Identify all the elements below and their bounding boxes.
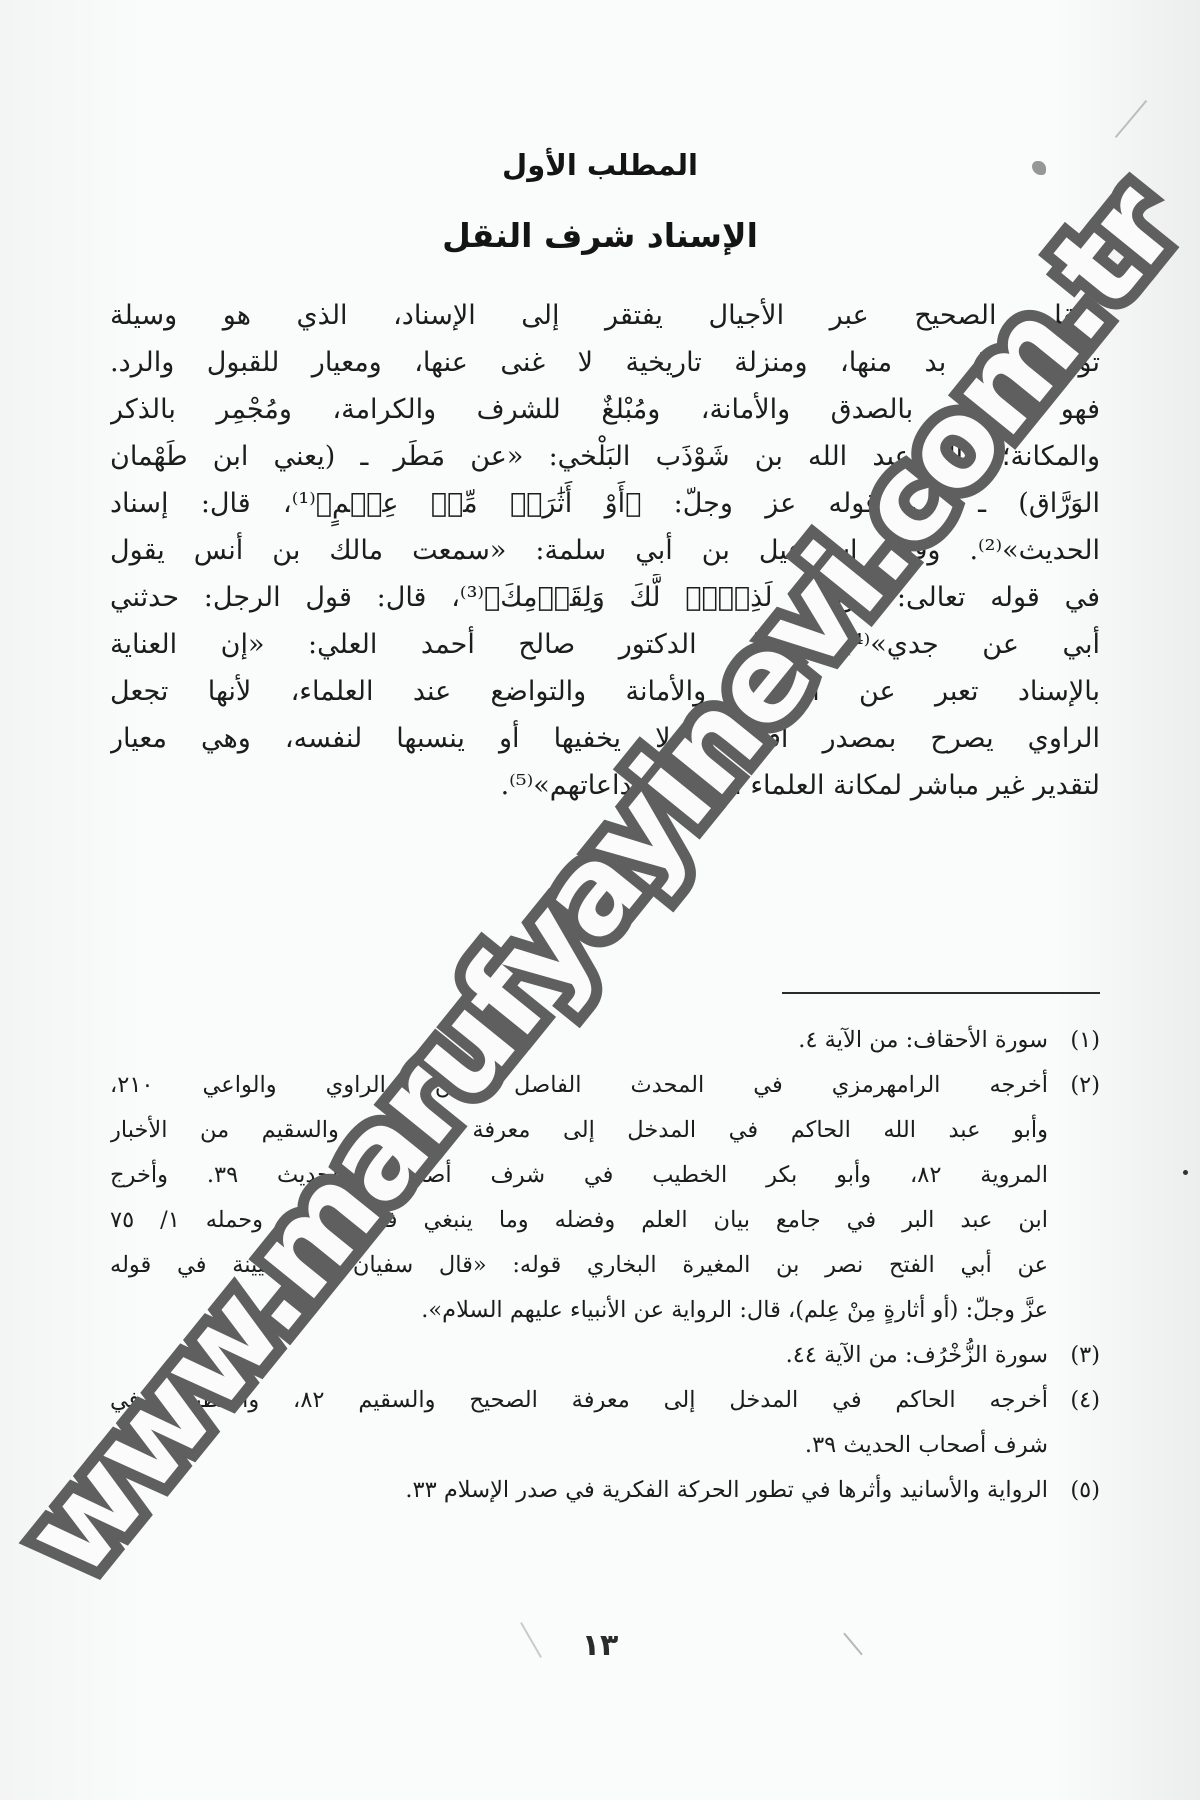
footnote-number: (٥) xyxy=(1048,1468,1100,1513)
body-line: الراوي يصرح بمصدر أفكاره ولا يخفيها أو ي… xyxy=(110,715,1100,762)
body-line: أبي عن جدي»⁽⁴⁾. وقال الدكتور صالح أحمد ا… xyxy=(110,621,1100,668)
body-line: بالإسناد تعبر عن الصدق والأمانة والتواضع… xyxy=(110,668,1100,715)
footnote-1: (١) سورة الأحقاف: من الآية ٤. xyxy=(110,1018,1100,1063)
page-number: ١٣ xyxy=(0,1628,1200,1663)
body-line: النقل الصحيح عبر الأجيال يفتقر إلى الإسن… xyxy=(110,292,1100,339)
scan-scratch-mark xyxy=(1115,100,1147,138)
footnote-line: الرواية والأسانيد وأثرها في تطور الحركة … xyxy=(110,1468,1048,1513)
footnote-number: (٣) xyxy=(1048,1333,1100,1378)
footnote-separator xyxy=(782,992,1100,994)
section-subtitle: الإسناد شرف النقل xyxy=(0,216,1200,255)
book-page: المطلب الأول الإسناد شرف النقل النقل الص… xyxy=(0,0,1200,1800)
footnote-number: (٤) xyxy=(1048,1378,1100,1468)
footnote-line: وأبو عبد الله الحاكم في المدخل إلى معرفة… xyxy=(110,1108,1048,1153)
body-line: في قوله تعالى: ﴿وَإِنَّهُۥ لَذِكۡرٞ لَّك… xyxy=(110,574,1100,621)
footnote-line: شرف أصحاب الحديث ٣٩. xyxy=(110,1423,1048,1468)
footnote-number: (١) xyxy=(1048,1018,1100,1063)
section-title: المطلب الأول xyxy=(0,148,1200,182)
scan-dot-mark xyxy=(1183,1170,1188,1175)
footnote-line: سورة الأحقاف: من الآية ٤. xyxy=(110,1018,1048,1063)
footnote-line: المروية ٨٢، وأبو بكر الخطيب في شرف أصحاب… xyxy=(110,1153,1048,1198)
footnote-line: أخرجه الرامهرمزي في المحدث الفاصل بين ال… xyxy=(110,1063,1048,1108)
footnote-number: (٢) xyxy=(1048,1063,1100,1333)
footnote-5: (٥) الرواية والأسانيد وأثرها في تطور الح… xyxy=(110,1468,1100,1513)
